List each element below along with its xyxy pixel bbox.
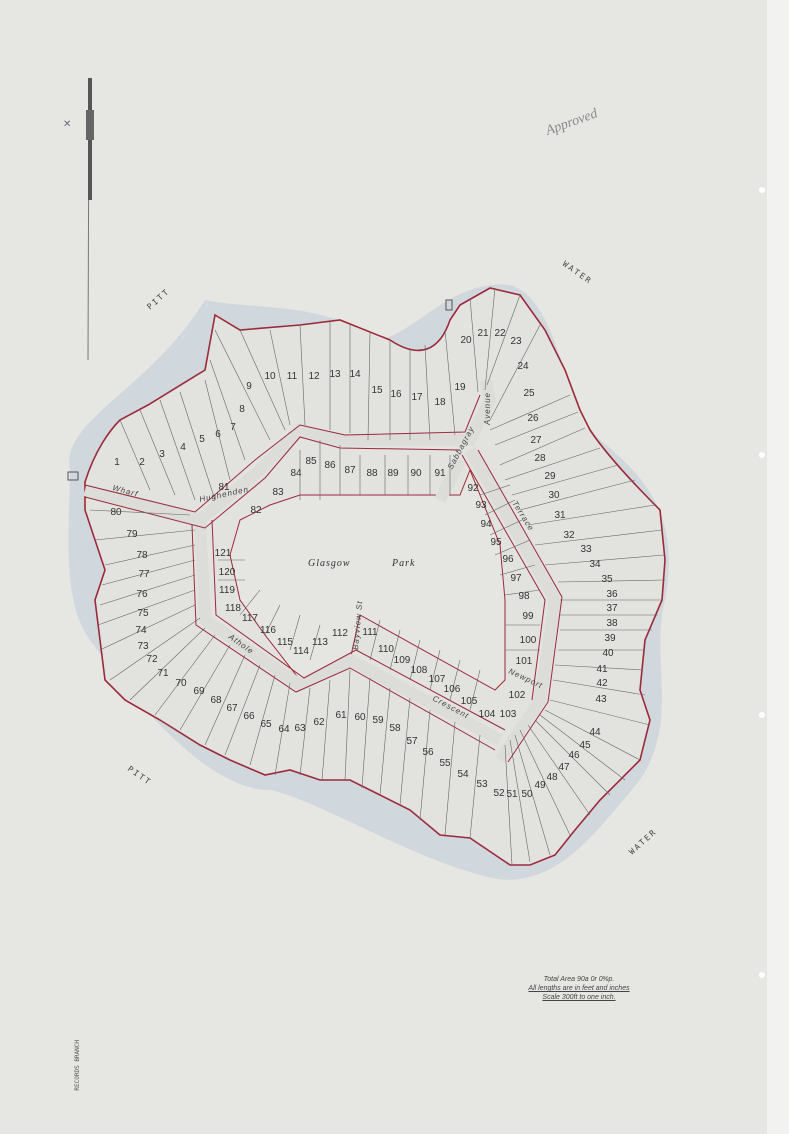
svg-text:78: 78 bbox=[136, 550, 148, 561]
svg-text:34: 34 bbox=[589, 559, 601, 570]
svg-text:60: 60 bbox=[354, 712, 366, 723]
svg-text:22: 22 bbox=[494, 328, 506, 339]
svg-text:110: 110 bbox=[378, 644, 394, 655]
svg-text:108: 108 bbox=[411, 665, 428, 676]
svg-text:99: 99 bbox=[522, 611, 534, 622]
svg-text:50: 50 bbox=[521, 789, 533, 800]
svg-text:18: 18 bbox=[434, 397, 446, 408]
park-name-2: Park bbox=[391, 558, 415, 569]
svg-text:35: 35 bbox=[601, 574, 613, 585]
svg-text:111: 111 bbox=[362, 627, 378, 638]
svg-text:82: 82 bbox=[250, 505, 262, 516]
svg-text:100: 100 bbox=[520, 635, 537, 646]
svg-text:16: 16 bbox=[390, 389, 402, 400]
water-label-pitt-south: PITT bbox=[126, 764, 153, 787]
svg-text:51: 51 bbox=[506, 789, 518, 800]
svg-text:106: 106 bbox=[444, 684, 461, 695]
svg-text:116: 116 bbox=[260, 625, 276, 636]
svg-text:118: 118 bbox=[225, 603, 241, 614]
water-label-water-north: WATER bbox=[561, 259, 594, 286]
punch-hole bbox=[759, 972, 765, 978]
svg-text:105: 105 bbox=[461, 696, 478, 707]
svg-text:15: 15 bbox=[371, 385, 383, 396]
svg-text:5: 5 bbox=[199, 434, 205, 445]
svg-text:11: 11 bbox=[287, 371, 298, 382]
records-stamp: RECORDS BRANCH bbox=[74, 1040, 81, 1091]
svg-text:65: 65 bbox=[260, 719, 272, 730]
water-label-water-south: WATER bbox=[627, 827, 658, 857]
svg-text:101: 101 bbox=[516, 656, 533, 667]
svg-text:91: 91 bbox=[434, 468, 446, 479]
svg-text:27: 27 bbox=[530, 435, 542, 446]
scale-note: Scale 300ft to one inch. bbox=[494, 993, 664, 1002]
svg-text:117: 117 bbox=[242, 613, 258, 624]
svg-text:98: 98 bbox=[518, 591, 530, 602]
svg-text:79: 79 bbox=[126, 529, 138, 540]
svg-text:64: 64 bbox=[278, 724, 290, 735]
svg-text:112: 112 bbox=[332, 628, 348, 639]
svg-text:97: 97 bbox=[510, 573, 522, 584]
svg-text:109: 109 bbox=[394, 655, 411, 666]
svg-text:95: 95 bbox=[490, 537, 502, 548]
svg-text:33: 33 bbox=[580, 544, 592, 555]
svg-text:49: 49 bbox=[534, 780, 546, 791]
svg-text:104: 104 bbox=[479, 709, 496, 720]
svg-text:96: 96 bbox=[502, 554, 514, 565]
svg-text:32: 32 bbox=[563, 530, 575, 541]
svg-text:37: 37 bbox=[606, 603, 618, 614]
svg-text:90: 90 bbox=[410, 468, 422, 479]
svg-text:63: 63 bbox=[294, 723, 306, 734]
svg-text:119: 119 bbox=[219, 585, 235, 596]
svg-text:12: 12 bbox=[308, 371, 320, 382]
total-area: Total Area 90a 0r 0⅝p. bbox=[544, 976, 615, 983]
svg-text:45: 45 bbox=[579, 740, 591, 751]
svg-text:23: 23 bbox=[510, 336, 522, 347]
svg-text:8: 8 bbox=[239, 404, 245, 415]
svg-text:61: 61 bbox=[335, 710, 347, 721]
svg-text:53: 53 bbox=[476, 779, 488, 790]
lengths-note: All lengths are in feet and inches bbox=[494, 984, 664, 993]
svg-text:31: 31 bbox=[554, 510, 566, 521]
svg-text:24: 24 bbox=[517, 361, 529, 372]
svg-text:54: 54 bbox=[457, 769, 469, 780]
svg-text:80: 80 bbox=[110, 507, 122, 518]
svg-text:21: 21 bbox=[477, 328, 489, 339]
north-arrow-icon: ✕ bbox=[63, 78, 94, 360]
svg-text:102: 102 bbox=[509, 690, 526, 701]
svg-text:28: 28 bbox=[534, 453, 546, 464]
road-label-avenue: Avenue bbox=[483, 392, 492, 426]
svg-text:20: 20 bbox=[460, 335, 472, 346]
svg-text:✕: ✕ bbox=[63, 119, 71, 130]
svg-text:71: 71 bbox=[157, 668, 169, 679]
svg-text:103: 103 bbox=[500, 709, 517, 720]
svg-text:84: 84 bbox=[290, 468, 302, 479]
svg-text:66: 66 bbox=[243, 711, 255, 722]
svg-text:40: 40 bbox=[602, 648, 614, 659]
svg-text:14: 14 bbox=[349, 369, 361, 380]
svg-text:47: 47 bbox=[558, 762, 570, 773]
svg-text:56: 56 bbox=[422, 747, 434, 758]
svg-text:10: 10 bbox=[264, 371, 276, 382]
svg-text:70: 70 bbox=[175, 678, 187, 689]
svg-text:77: 77 bbox=[138, 569, 150, 580]
svg-text:107: 107 bbox=[429, 674, 446, 685]
svg-text:93: 93 bbox=[475, 500, 487, 511]
svg-text:81: 81 bbox=[218, 482, 230, 493]
svg-text:9: 9 bbox=[246, 381, 252, 392]
svg-text:121: 121 bbox=[215, 548, 232, 559]
subdivision-plan: ✕ bbox=[0, 0, 789, 1134]
punch-hole bbox=[759, 712, 765, 718]
svg-text:87: 87 bbox=[344, 465, 356, 476]
svg-text:6: 6 bbox=[215, 429, 221, 440]
plan-notes: Total Area 90a 0r 0⅝p. All lengths are i… bbox=[494, 975, 664, 1002]
svg-text:57: 57 bbox=[406, 736, 418, 747]
svg-text:88: 88 bbox=[366, 468, 378, 479]
svg-text:25: 25 bbox=[523, 388, 535, 399]
punch-hole bbox=[759, 187, 765, 193]
svg-text:55: 55 bbox=[439, 758, 451, 769]
svg-text:13: 13 bbox=[329, 369, 341, 380]
svg-text:67: 67 bbox=[226, 703, 238, 714]
svg-text:19: 19 bbox=[454, 382, 466, 393]
svg-text:68: 68 bbox=[210, 695, 222, 706]
svg-text:2: 2 bbox=[139, 457, 145, 468]
svg-text:52: 52 bbox=[493, 788, 505, 799]
svg-text:4: 4 bbox=[180, 442, 186, 453]
svg-text:48: 48 bbox=[546, 772, 558, 783]
svg-text:113: 113 bbox=[312, 637, 328, 648]
svg-text:73: 73 bbox=[137, 641, 149, 652]
svg-text:17: 17 bbox=[411, 392, 423, 403]
svg-text:36: 36 bbox=[606, 589, 618, 600]
svg-text:72: 72 bbox=[146, 654, 158, 665]
svg-text:43: 43 bbox=[595, 694, 607, 705]
svg-text:94: 94 bbox=[480, 519, 492, 530]
water-label-pitt-north: PITT bbox=[145, 287, 171, 312]
svg-text:39: 39 bbox=[604, 633, 616, 644]
svg-text:38: 38 bbox=[606, 618, 618, 629]
svg-text:74: 74 bbox=[135, 625, 147, 636]
svg-text:30: 30 bbox=[548, 490, 560, 501]
svg-text:69: 69 bbox=[193, 686, 205, 697]
punch-hole bbox=[759, 452, 765, 458]
svg-text:7: 7 bbox=[230, 422, 236, 433]
svg-text:76: 76 bbox=[136, 589, 148, 600]
svg-text:29: 29 bbox=[544, 471, 556, 482]
svg-text:120: 120 bbox=[219, 567, 236, 578]
svg-text:42: 42 bbox=[596, 678, 608, 689]
svg-text:58: 58 bbox=[389, 723, 401, 734]
svg-text:44: 44 bbox=[589, 727, 601, 738]
park-name: Glasgow bbox=[308, 558, 351, 569]
svg-text:26: 26 bbox=[527, 413, 539, 424]
svg-text:86: 86 bbox=[324, 460, 336, 471]
svg-text:75: 75 bbox=[137, 608, 149, 619]
svg-text:1: 1 bbox=[114, 457, 120, 468]
svg-text:62: 62 bbox=[313, 717, 325, 728]
svg-text:59: 59 bbox=[372, 715, 384, 726]
svg-text:41: 41 bbox=[596, 664, 608, 675]
svg-text:115: 115 bbox=[277, 637, 293, 648]
svg-text:83: 83 bbox=[272, 487, 284, 498]
svg-text:114: 114 bbox=[293, 646, 309, 657]
svg-text:85: 85 bbox=[305, 456, 317, 467]
svg-text:89: 89 bbox=[387, 468, 399, 479]
svg-text:92: 92 bbox=[467, 483, 479, 494]
svg-text:46: 46 bbox=[568, 750, 580, 761]
svg-text:3: 3 bbox=[159, 449, 165, 460]
